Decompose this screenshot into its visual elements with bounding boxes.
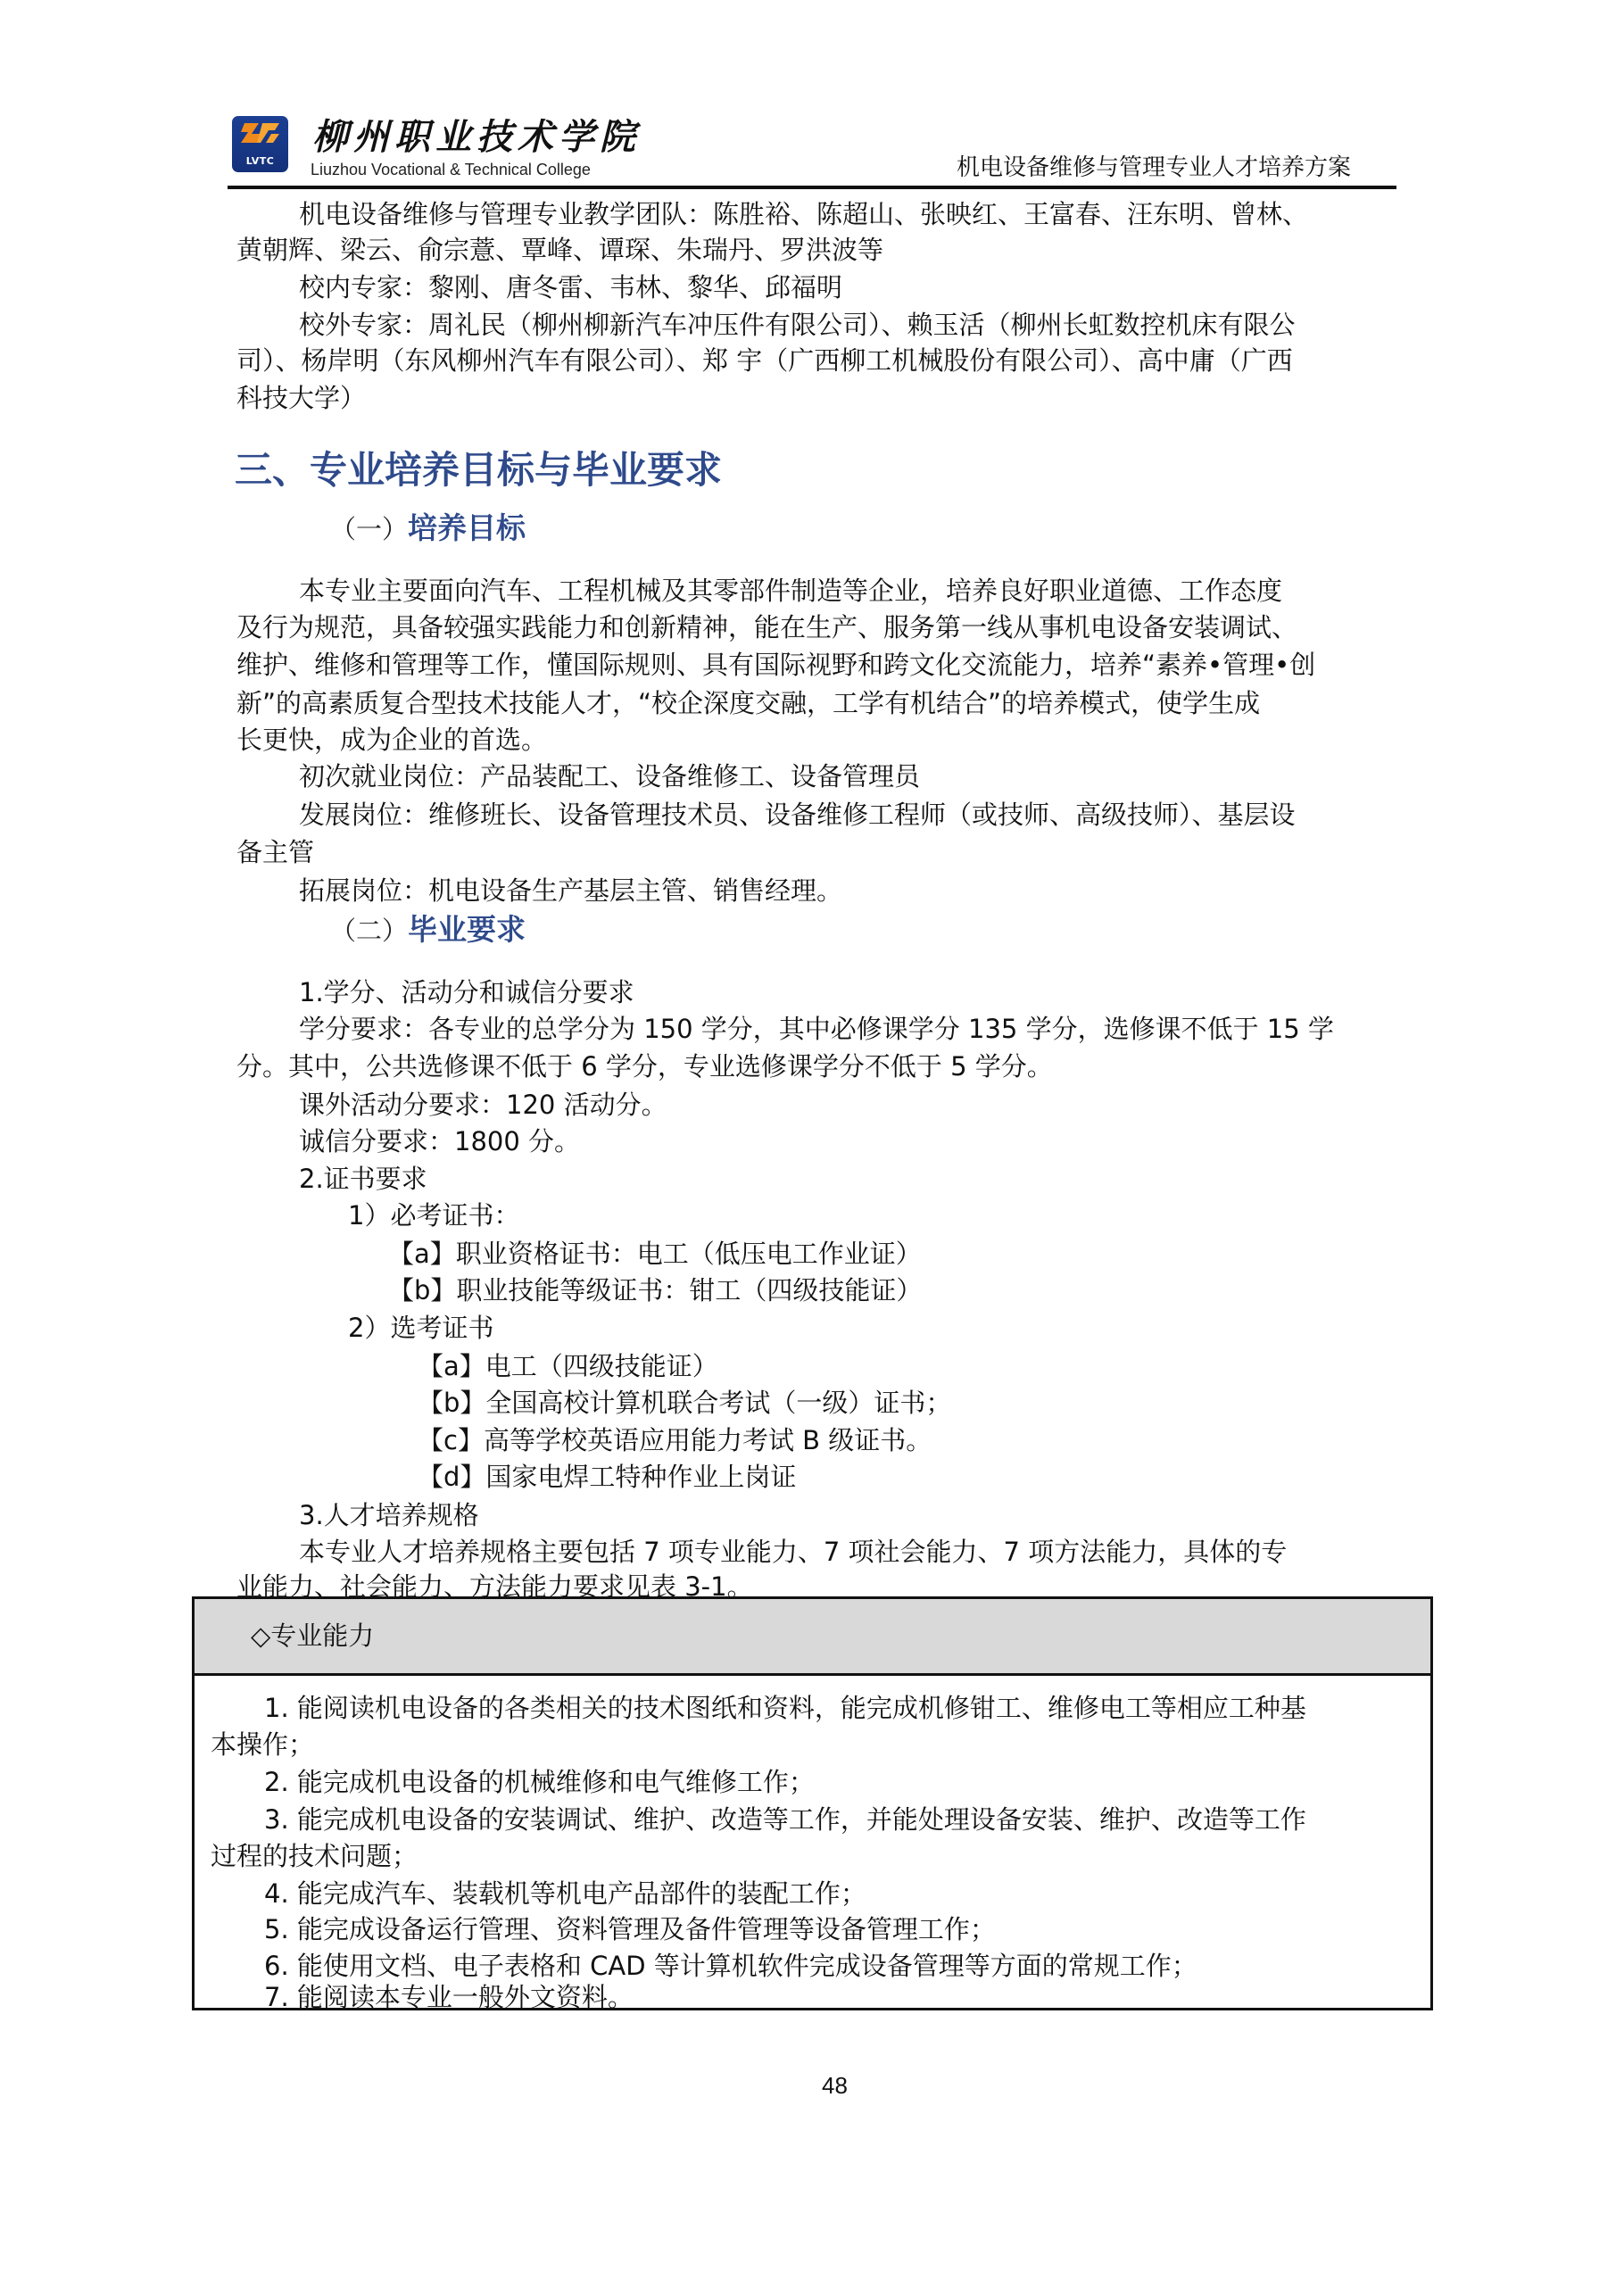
subsection-title: 培养目标 [408, 510, 526, 545]
team-line-2: 黄朝辉、梁云、俞宗薏、覃峰、谭琛、朱瑞丹、罗洪波等 [236, 234, 883, 266]
internal-experts: 校内专家：黎刚、唐冬雷、韦林、黎华、邱福明 [299, 271, 842, 303]
integrity-requirement: 诚信分要求：1800 分。 [299, 1125, 580, 1157]
page-number: 48 [822, 2072, 848, 2100]
specification-line-1: 本专业人才培养规格主要包括 7 项专业能力、7 项社会能力、7 项方法能力，具体… [299, 1536, 1287, 1568]
table-header-cell: ◇专业能力 [195, 1599, 1430, 1676]
credits-line-2: 分。其中，公共选修课不低于 6 学分，专业选修课学分不低于 5 学分。 [236, 1050, 1053, 1082]
college-name-calligraphy: 柳州职业技术学院 [312, 117, 641, 158]
document-title: 机电设备维修与管理专业人才培养方案 [957, 153, 1351, 182]
credits-line-1: 学分要求：各专业的总学分为 150 学分，其中必修课学分 135 学分，选修课不… [299, 1013, 1334, 1045]
table-header-label: ◇专业能力 [251, 1620, 374, 1652]
external-experts-line-2: 司）、杨岸明（东风柳州汽车有限公司）、郑 宇（广西柳工机械股份有限公司）、高中庸… [236, 344, 1293, 377]
subsection-title: 毕业要求 [408, 912, 526, 947]
specification-heading: 3.人才培养规格 [299, 1499, 479, 1531]
credits-heading: 1.学分、活动分和诚信分要求 [299, 976, 634, 1008]
section-heading: 三、专业培养目标与毕业要求 [235, 448, 722, 493]
optional-cert-item: 【b】全国高校计算机联合考试（一级）证书； [418, 1387, 951, 1419]
table-row: 2. 能完成机电设备的机械维修和电气维修工作； [264, 1766, 815, 1798]
initial-jobs: 初次就业岗位：产品装配工、设备维修工、设备管理员 [299, 760, 920, 792]
table-row: 1. 能阅读机电设备的各类相关的技术图纸和资料，能完成机修钳工、维修电工等相应工… [264, 1692, 1306, 1724]
table-row: 5. 能完成设备运行管理、资料管理及备件管理等设备管理工作； [264, 1913, 996, 1945]
lvtc-logo-icon [239, 121, 281, 152]
goals-paragraph-line: 长更快，成为企业的首选。 [236, 724, 547, 756]
optional-cert-item: 【a】电工（四级技能证） [418, 1350, 718, 1382]
development-jobs-line-2: 备主管 [236, 836, 314, 868]
development-jobs-line-1: 发展岗位：维修班长、设备管理技术员、设备维修工程师（或技师、高级技师）、基层设 [299, 799, 1296, 831]
required-cert-item: 【a】职业资格证书：电工（低压电工作业证） [388, 1238, 922, 1270]
table-row: 3. 能完成机电设备的安装调试、维护、改造等工作，并能处理设备安装、维护、改造等… [264, 1803, 1306, 1836]
optional-cert-item: 【d】国家电焊工特种作业上岗证 [418, 1461, 796, 1493]
subsection-prefix: （一） [330, 514, 408, 544]
subsection-prefix: （二） [330, 916, 408, 946]
logo-text: LVTC [232, 155, 288, 167]
college-name-english: Liuzhou Vocational & Technical College [311, 161, 591, 178]
goals-paragraph-line: 维护、维修和管理等工作，懂国际规则、具有国际视野和跨文化交流能力，培养“素养•管… [236, 649, 1315, 681]
optional-cert-heading: 2）选考证书 [348, 1312, 493, 1344]
ability-table: ◇专业能力 1. 能阅读机电设备的各类相关的技术图纸和资料，能完成机修钳工、维修… [192, 1596, 1433, 2010]
goals-paragraph-line: 及行为规范，具备较强实践能力和创新精神，能在生产、服务第一线从事机电设备安装调试… [236, 611, 1297, 643]
header-divider [228, 186, 1396, 189]
goals-paragraph-line: 本专业主要面向汽车、工程机械及其零部件制造等企业，培养良好职业道德、工作态度 [299, 575, 1282, 607]
table-row: 本操作； [211, 1728, 314, 1761]
external-experts-line-3: 科技大学） [236, 382, 366, 414]
college-logo: LVTC [232, 116, 288, 172]
subsection-heading-graduation: （二）毕业要求 [330, 912, 526, 949]
goals-paragraph-line: 新”的高素质复合型技术技能人才，“校企深度交融，工学有机结合”的培养模式，使学生… [236, 687, 1260, 719]
activity-requirement: 课外活动分要求：120 活动分。 [299, 1089, 667, 1121]
table-row: 6. 能使用文档、电子表格和 CAD 等计算机软件完成设备管理等方面的常规工作； [264, 1950, 1197, 1982]
required-cert-item: 【b】职业技能等级证书：钳工（四级技能证） [388, 1274, 922, 1306]
required-cert-heading: 1）必考证书： [348, 1199, 519, 1231]
external-experts-line-1: 校外专家：周礼民（柳州柳新汽车冲压件有限公司）、赖玉活（柳州长虹数控机床有限公 [299, 309, 1296, 341]
table-row: 4. 能完成汽车、装载机等机电产品部件的装配工作； [264, 1877, 866, 1910]
optional-cert-item: 【c】高等学校英语应用能力考试 B 级证书。 [418, 1424, 932, 1456]
table-row: 过程的技术问题； [211, 1840, 418, 1872]
subsection-heading-goals: （一）培养目标 [330, 510, 526, 547]
table-row: 7. 能阅读本专业一般外文资料。 [264, 1981, 634, 2013]
certificate-heading: 2.证书要求 [299, 1163, 427, 1195]
team-line-1: 机电设备维修与管理专业教学团队：陈胜裕、陈超山、张映红、王富春、汪东明、曾林、 [299, 198, 1308, 230]
extended-jobs: 拓展岗位：机电设备生产基层主管、销售经理。 [299, 874, 842, 907]
